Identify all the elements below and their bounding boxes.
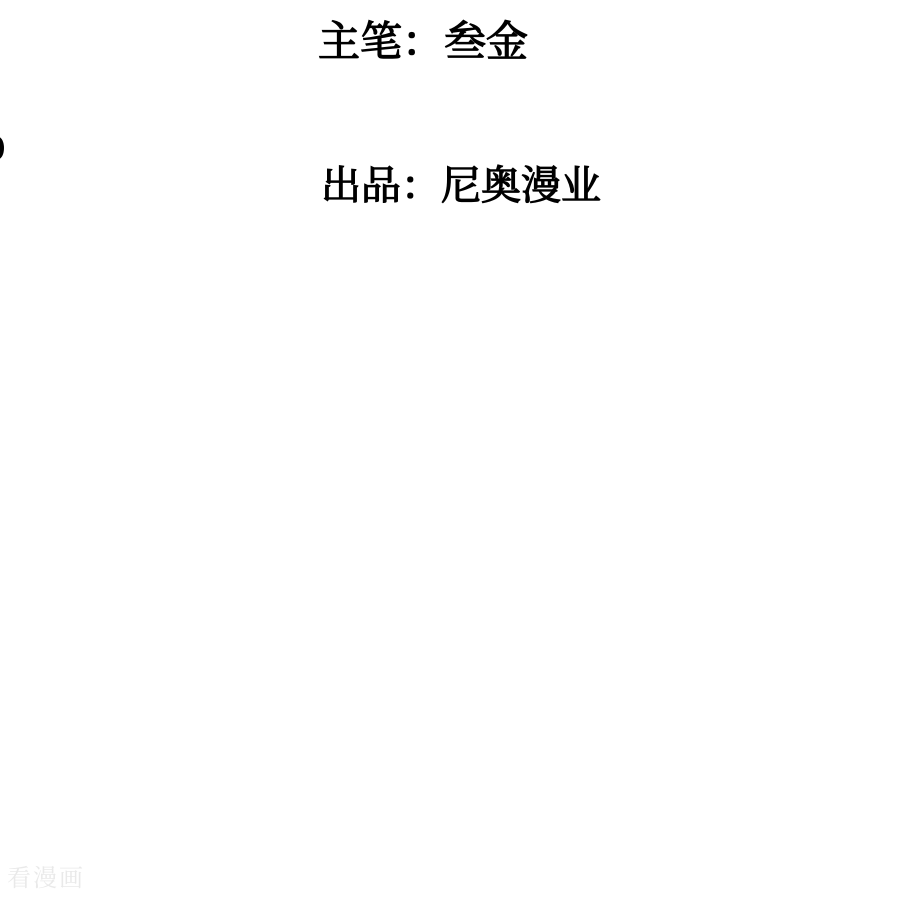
- credit-producer-line: 出品：尼奥漫业: [321, 166, 601, 206]
- left-edge-clipped-glyph: [0, 137, 4, 159]
- comic-page: 主笔：叁金 出品：尼奥漫业 看漫画: [0, 0, 900, 900]
- credit-artist-line: 主笔：叁金: [318, 22, 528, 64]
- watermark-text: 看漫画: [7, 866, 85, 892]
